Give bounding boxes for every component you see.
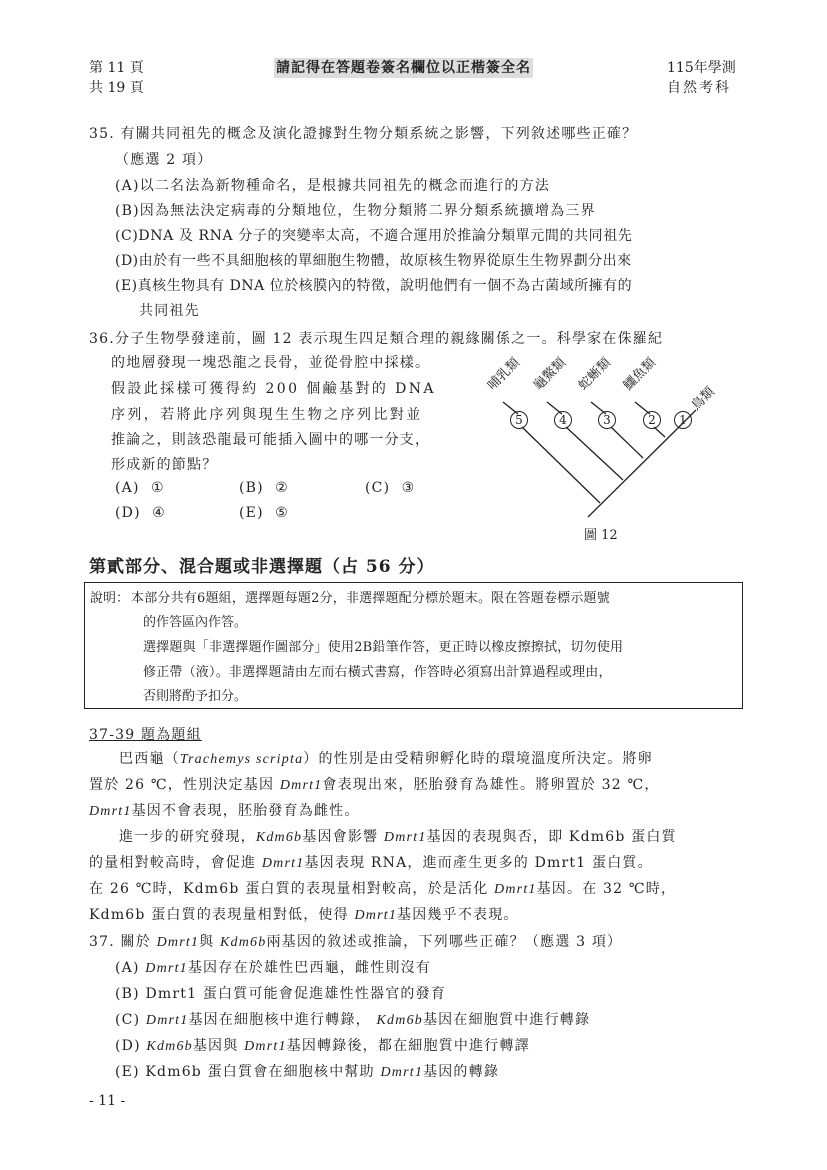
q36-line-3: 假設此採樣可獲得約 200 個鹼基對的 DNA bbox=[111, 378, 436, 398]
gene-name: Kdm6b bbox=[256, 830, 302, 845]
exam-name: 115年學測 bbox=[667, 58, 736, 78]
subject-name: 自然考科 bbox=[667, 78, 731, 98]
option-letter: (B) bbox=[239, 480, 264, 496]
text: 基因在細胞核中進行轉錄， bbox=[188, 1012, 376, 1028]
notice-label: 說明： bbox=[90, 587, 129, 606]
text: 基因的轉錄 bbox=[423, 1064, 499, 1080]
group-paragraph-2-line-4: Kdm6b 蛋白質的表現量相對低，使得 Dmrt1基因幾乎不表現。 bbox=[89, 904, 519, 924]
text: (D) bbox=[115, 1038, 146, 1054]
notice-line-5: 否則將酌予扣分。 bbox=[143, 685, 247, 704]
text: 與 bbox=[199, 934, 220, 950]
gene-name: Dmrt1 bbox=[280, 778, 323, 793]
q36-option-d[interactable]: (D) ④ bbox=[115, 505, 166, 521]
gene-name: Dmrt1 bbox=[89, 804, 132, 819]
text: (A) bbox=[115, 960, 145, 976]
text: 巴西龜（ bbox=[119, 751, 180, 767]
q35-option-a[interactable]: (A)以二名法為新物種命名，是根據共同祖先的概念而進行的方法 bbox=[115, 175, 550, 195]
q35-option-e[interactable]: (E)真核生物具有 DNA 位於核膜內的特徵，說明他們有一個不為古菌域所擁有的 bbox=[115, 275, 632, 295]
text: 兩基因的敘述或推論，下列哪些正確？（應選 3 項） bbox=[266, 934, 622, 950]
q36-option-e[interactable]: (E) ⑤ bbox=[239, 505, 289, 521]
text: (C) bbox=[115, 1012, 146, 1028]
q36-line-4: 序列，若將此序列與現生生物之序列比對並 bbox=[111, 404, 423, 424]
q35-option-c[interactable]: (C)DNA 及 RNA 分子的突變率太高，不適合運用於推論分類單元間的共同祖先 bbox=[115, 225, 632, 245]
text: 會表現出來，胚胎發育為雄性。將卵置於 32 ℃， bbox=[322, 777, 659, 793]
gene-name: Dmrt1 bbox=[384, 830, 427, 845]
q36-line-1: 36.分子生物學發達前，圖 12 表示現生四足類合理的親緣關係之一。科學家在侏羅… bbox=[89, 328, 663, 348]
cladogram-lines bbox=[480, 350, 740, 550]
q37-option-a[interactable]: (A) Dmrt1基因存在於雄性巴西龜，雌性則沒有 bbox=[115, 957, 431, 977]
q35-option-e-cont: 共同祖先 bbox=[139, 300, 200, 320]
question-group-37-39: 37-39 題為題組 巴西龜（Trachemys scripta）的性別是由受精… bbox=[89, 724, 749, 924]
q37-option-c[interactable]: (C) Dmrt1基因在細胞核中進行轉錄， Kdm6b基因在細胞質中進行轉錄 bbox=[115, 1009, 590, 1029]
text: 基因的表現與否，即 Kdm6b 蛋白質 bbox=[426, 829, 676, 845]
text: Kdm6b 蛋白質的表現量相對低，使得 bbox=[89, 907, 354, 923]
text: 基因。在 32 ℃時， bbox=[537, 881, 677, 897]
option-letter: (E) bbox=[239, 505, 264, 521]
text: 基因會影響 bbox=[302, 829, 384, 845]
text: 基因在細胞質中進行轉錄 bbox=[423, 1012, 590, 1028]
text: 基因存在於雄性巴西龜，雌性則沒有 bbox=[188, 960, 431, 976]
q35-option-d[interactable]: (D)由於有一些不具細胞核的單細胞生物體，故原核生物界從原生生物界劃分出來 bbox=[115, 250, 632, 270]
gene-name: Dmrt1 bbox=[380, 1065, 423, 1080]
figure-caption: 圖 12 bbox=[584, 524, 618, 543]
gene-name: Dmrt1 bbox=[146, 1013, 189, 1028]
gene-name: Dmrt1 bbox=[494, 882, 537, 897]
notice-line-3: 選擇題與「非選擇題作圖部分」使用2B鉛筆作答，更正時以橡皮擦擦拭，切勿使用 bbox=[143, 636, 623, 655]
gene-name: Dmrt1 bbox=[262, 856, 305, 871]
node-1: 1 bbox=[674, 411, 692, 429]
node-4: 4 bbox=[554, 411, 572, 429]
q36-line-2: 的地層發現一塊恐龍之長骨，並從骨腔中採樣。 bbox=[111, 352, 430, 372]
group-paragraph-1-line-3: Dmrt1基因不會表現，胚胎發育為雌性。 bbox=[89, 800, 360, 820]
gene-name: Kdm6b bbox=[146, 1039, 192, 1054]
option-letter: (D) bbox=[115, 505, 141, 521]
text: 基因與 bbox=[193, 1038, 244, 1054]
q36-option-a[interactable]: (A) ① bbox=[115, 480, 165, 496]
text: 37. 關於 bbox=[89, 934, 157, 950]
gene-name: Dmrt1 bbox=[145, 961, 188, 976]
text: 基因不會表現，胚胎發育為雌性。 bbox=[132, 803, 360, 819]
q37-option-e[interactable]: (E) Kdm6b 蛋白質會在細胞核中幫助 Dmrt1基因的轉錄 bbox=[115, 1061, 499, 1081]
part2-notice-box: 說明： 本部分共有6題組，選擇題每題2分，非選擇題配分標於題末。限在答題卷標示題… bbox=[84, 582, 743, 709]
species-name: Trachemys scripta bbox=[180, 752, 303, 767]
gene-name: Dmrt1 bbox=[354, 908, 397, 923]
option-value: ③ bbox=[402, 480, 416, 496]
gene-name: Kdm6b bbox=[377, 1013, 423, 1028]
text: 基因轉錄後，都在細胞質中進行轉譯 bbox=[287, 1038, 530, 1054]
option-value: ① bbox=[151, 480, 165, 496]
figure-12-cladogram: 5 4 3 2 1 哺乳類 龜鱉類 蛇蜥類 鱷魚類 鳥類 圖 12 bbox=[480, 350, 740, 550]
q36-line-6: 形成新的節點？ bbox=[111, 454, 217, 474]
signature-notice: 請記得在答題卷簽名欄位以正楷簽全名 bbox=[274, 58, 533, 78]
option-letter: (A) bbox=[115, 480, 140, 496]
question-35: 35. 有關共同祖先的概念及演化證據對生物分類系統之影響，下列敘述哪些正確？ （… bbox=[89, 123, 749, 323]
option-value: ⑤ bbox=[275, 505, 289, 521]
q37-stem: 37. 關於 Dmrt1與 Kdm6b兩基因的敘述或推論，下列哪些正確？（應選 … bbox=[89, 931, 622, 951]
q35-stem: 35. 有關共同祖先的概念及演化證據對生物分類系統之影響，下列敘述哪些正確？ bbox=[89, 123, 637, 143]
part2-title: 第貳部分、混合題或非選擇題（占 56 分） bbox=[89, 552, 435, 577]
notice-line-2: 的作答區內作答。 bbox=[143, 611, 247, 630]
group-paragraph-2-line-2: 的量相對較高時，會促進 Dmrt1基因表現 RNA，進而產生更多的 Dmrt1 … bbox=[89, 852, 653, 872]
gene-name: Kdm6b bbox=[220, 935, 266, 950]
notice-line-1: 本部分共有6題組，選擇題每題2分，非選擇題配分標於題末。限在答題卷標示題號 bbox=[131, 587, 610, 606]
gene-name: Dmrt1 bbox=[244, 1039, 287, 1054]
q35-note: （應選 2 項） bbox=[115, 149, 212, 169]
node-3: 3 bbox=[598, 411, 616, 429]
text: 置於 26 ℃，性別決定基因 bbox=[89, 777, 280, 793]
text: 的量相對較高時，會促進 bbox=[89, 855, 262, 871]
text: 進一步的研究發現， bbox=[119, 829, 256, 845]
node-5: 5 bbox=[510, 411, 528, 429]
q36-line-5: 推論之，則該恐龍最可能插入圖中的哪一分支， bbox=[111, 429, 430, 449]
notice-line-4: 修正帶（液）。非選擇題請由左而右橫式書寫，作答時必須寫出計算過程或理由， bbox=[143, 661, 612, 680]
text: (E) Kdm6b 蛋白質會在細胞核中幫助 bbox=[115, 1064, 380, 1080]
q37-option-b[interactable]: (B) Dmrt1 蛋白質可能會促進雄性性器官的發育 bbox=[115, 983, 446, 1003]
q36-option-c[interactable]: (C) ③ bbox=[365, 480, 415, 496]
node-2: 2 bbox=[643, 411, 661, 429]
text: 基因表現 RNA，進而產生更多的 Dmrt1 蛋白質。 bbox=[304, 855, 652, 871]
footer-page-number: - 11 - bbox=[89, 1093, 125, 1109]
option-value: ② bbox=[275, 480, 289, 496]
option-value: ④ bbox=[152, 505, 166, 521]
group-paragraph-1-line-1: 巴西龜（Trachemys scripta）的性別是由受精卵孵化時的環境溫度所決… bbox=[119, 748, 653, 768]
option-letter: (C) bbox=[365, 480, 390, 496]
text: ）的性別是由受精卵孵化時的環境溫度所決定。將卵 bbox=[303, 751, 653, 767]
q37-option-d[interactable]: (D) Kdm6b基因與 Dmrt1基因轉錄後，都在細胞質中進行轉譯 bbox=[115, 1035, 530, 1055]
group-paragraph-2-line-3: 在 26 ℃時，Kdm6b 蛋白質的表現量相對較高，於是活化 Dmrt1基因。在… bbox=[89, 878, 676, 898]
total-pages-label: 共 19 頁 bbox=[89, 78, 144, 98]
group-paragraph-2-line-1: 進一步的研究發現，Kdm6b基因會影響 Dmrt1基因的表現與否，即 Kdm6b… bbox=[119, 826, 677, 846]
group-paragraph-1-line-2: 置於 26 ℃，性別決定基因 Dmrt1會表現出來，胚胎發育為雄性。將卵置於 3… bbox=[89, 774, 660, 794]
page-label: 第 11 頁 bbox=[89, 58, 144, 78]
group-label: 37-39 題為題組 bbox=[89, 724, 202, 744]
gene-name: Dmrt1 bbox=[157, 935, 200, 950]
q35-option-b[interactable]: (B)因為無法決定病毒的分類地位，生物分類將二界分類系統擴增為三界 bbox=[115, 200, 596, 220]
text: 在 26 ℃時，Kdm6b 蛋白質的表現量相對較高，於是活化 bbox=[89, 881, 494, 897]
q36-option-b[interactable]: (B) ② bbox=[239, 480, 289, 496]
text: 基因幾乎不表現。 bbox=[397, 907, 519, 923]
question-37: 37. 關於 Dmrt1與 Kdm6b兩基因的敘述或推論，下列哪些正確？（應選 … bbox=[89, 931, 749, 1081]
